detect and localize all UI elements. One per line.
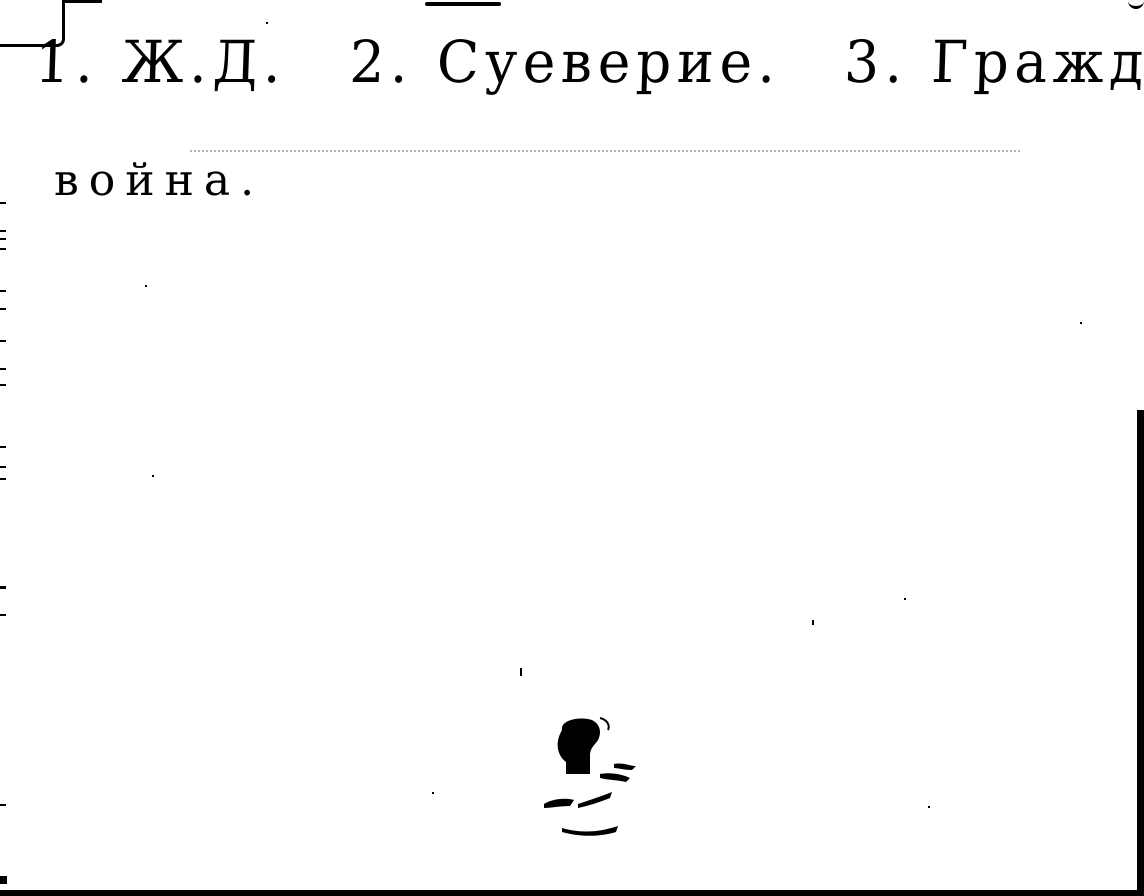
handwritten-line-1: 1. Ж.Д. 2. Суеверие. 3. Гражданская [34,28,1144,96]
scan-speck [812,620,814,625]
right-page-edge [1137,410,1144,896]
handwritten-line-2: война. [54,155,264,206]
scan-speck [1080,322,1082,324]
scan-speck [266,22,268,24]
scan-speck [520,668,522,676]
faint-dotted-rule [190,150,1020,152]
scan-speck [904,598,906,600]
scan-speck [145,285,147,287]
list-item-1: 1. Ж.Д. [34,28,288,96]
top-right-ink-stroke [1128,0,1144,9]
scan-speck [928,806,930,808]
scan-speck [152,475,154,477]
corner-bracket-top-stroke [62,0,102,3]
list-item-2: 2. Суеверие. [349,28,783,96]
list-item-3: 3. Гражданская [843,28,1144,96]
left-edge-scan-artifacts [0,190,8,890]
ink-blot-stamp-icon [540,712,660,852]
scan-speck [432,792,434,794]
scanned-page: 1. Ж.Д. 2. Суеверие. 3. Гражданская войн… [0,0,1144,896]
bottom-page-edge [0,890,1144,896]
top-ink-stroke [425,2,501,6]
